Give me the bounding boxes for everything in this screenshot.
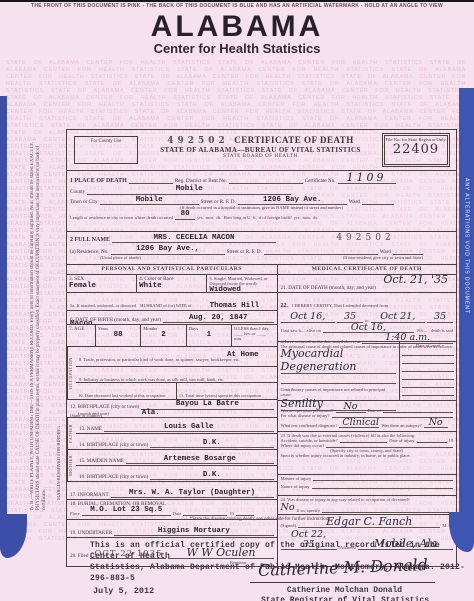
external-causes-block: 23. If death was due to external causes … xyxy=(278,431,456,474)
race-value: White xyxy=(139,282,204,290)
manner-nature-block: Manner of injury Nature of injury xyxy=(278,474,456,495)
age-label: 7. AGE xyxy=(69,326,93,332)
ds-label-2: ds. xyxy=(313,215,318,220)
margin-instructions: N. B.—WRITE PLAINLY, WITH UNFADING INK—T… xyxy=(30,140,56,510)
abode-note: (Usual place of abode) xyxy=(100,255,141,260)
operation-date-label: Date of xyxy=(368,408,381,413)
personal-header: PERSONAL AND STATISTICAL PARTICULARS xyxy=(67,265,277,274)
ds-label: ds. xyxy=(216,215,221,220)
town-label: Town or City xyxy=(70,199,98,205)
industry-row: 9. Industry or business in which work wa… xyxy=(76,366,277,382)
dept-title: Center for Health Statistics xyxy=(0,42,474,56)
serial-stamp-2: 492502 xyxy=(278,233,453,243)
security-notice: THE FRONT OF THIS DOCUMENT IS PINK - THE… xyxy=(0,3,474,9)
burial-place-label: Place xyxy=(70,511,80,516)
dob-value: Aug. 20, 1847 xyxy=(163,315,274,324)
alterations-warning: ANY ALTERATIONS VOID THIS DOCUMENT xyxy=(464,178,470,314)
age-less-label: If LESS than 1 day, ____ hrs. or ____ mi… xyxy=(234,326,274,341)
mother-birthplace-value: D.K. xyxy=(150,472,273,481)
manner-label: Manner of injury xyxy=(281,476,312,481)
form-footnote: *State the disease causing death; see ot… xyxy=(66,517,455,522)
for-what-label: For what disease or injury? xyxy=(281,413,330,418)
right-blue-edge: ANY ALTERATIONS VOID THIS DOCUMENT xyxy=(459,88,474,526)
undertaker-value: Higgins Mortuary xyxy=(114,528,273,537)
form-header: For County Use 492502 CERTIFICATE OF DEA… xyxy=(67,130,456,170)
date-of-death-value: Oct. 21, '35 xyxy=(383,273,448,286)
injury-date-label: Date of injury xyxy=(389,438,414,443)
serial-stamp: 492502 xyxy=(167,136,229,146)
binding-margin-note: MARGIN RESERVED FOR BINDING xyxy=(56,150,64,500)
test-label: What test confirmed diagnosis? xyxy=(281,423,338,428)
full-name-section: 2 FULL NAME MRS. CECELIA MACON 492502 (a… xyxy=(67,231,456,264)
registrar-title: State Registrar of Vital Statistics xyxy=(240,596,450,601)
cause-area: Myocardial Degeneration Contributory cau… xyxy=(278,341,456,400)
mother-name-label: 15. MAIDEN NAME xyxy=(79,458,124,464)
yrs-label-2: yrs. xyxy=(294,215,301,220)
street-value: 1206 Bay Ave. xyxy=(238,197,347,206)
sex-value: Female xyxy=(69,282,134,290)
related-occupation-block: 24. Was disease or injury in any way rel… xyxy=(278,495,456,514)
injury-19: 19 xyxy=(449,438,454,443)
mother-birthplace-label: 16. BIRTHPLACE (city or town) xyxy=(79,474,148,480)
mother-group: MOTHER 15. MAIDEN NAME Artemese Bosarge … xyxy=(67,449,277,481)
mother-name-row: 15. MAIDEN NAME Artemese Bosarge xyxy=(76,450,277,465)
bureau-line: STATE OF ALABAMA—BUREAU OF VITAL STATIST… xyxy=(142,146,379,154)
mos-label: mos. xyxy=(206,215,215,220)
birthplace-state-value: Ala. xyxy=(104,410,198,419)
county-value: Mobile xyxy=(87,186,291,195)
trade-label: 8. Trade, profession, or particular kind… xyxy=(79,357,240,362)
form-title: CERTIFICATE OF DEATH xyxy=(234,135,354,145)
place-of-death-label: 1 PLACE OF DEATH xyxy=(70,178,127,184)
father-name-row: 13. NAME Louis Galle xyxy=(76,418,277,433)
spouse-row: 5a. If married, widowed, or divorced HUS… xyxy=(67,292,277,310)
burial-place-value: M.O. Lot 23 Sq.5 xyxy=(82,507,171,516)
where-injury-label: Where did injury occur? xyxy=(281,443,325,448)
date-of-death-label: 21. DATE OF DEATH (month, day, and year) xyxy=(281,285,376,291)
certified-copy-section: This is an official certified copy of th… xyxy=(0,540,474,584)
father-group: FATHER 13. NAME Louis Galle 14. BIRTHPLA… xyxy=(67,417,277,449)
yrs-label: yrs. xyxy=(197,215,204,220)
dob-row: 6. DATE OF BIRTH (month, day, and year) … xyxy=(67,310,277,324)
residence-value: 1206 Bay Ave., xyxy=(111,246,225,255)
top-edge-bar xyxy=(0,0,474,2)
spouse-label-2: HUSBAND of (or) WIFE of xyxy=(140,303,191,308)
full-name-value: MRS. CECELIA MACON xyxy=(112,235,276,244)
informant-row: 17. INFORMANT Mrs. W. A. Taylor (Daughte… xyxy=(67,481,277,499)
registrar-printed-name: Catherine Molchan Donald xyxy=(252,586,437,595)
signed-label: (Signed) xyxy=(281,523,297,528)
operation-block: Was an operation performed? No Date of F… xyxy=(278,400,456,431)
certificate-no-value: 1109 xyxy=(338,172,396,184)
certified-date: July 5, 2012 xyxy=(93,586,154,596)
autopsy-value: No xyxy=(424,418,448,429)
file-number-box: File No. for State Registrar Only. 22409 xyxy=(384,135,448,165)
father-birthplace-row: 14. BIRTHPLACE (city or town) D.K. xyxy=(76,433,277,449)
trade-value: At Home xyxy=(227,351,259,359)
test-value: Clinical xyxy=(339,418,379,429)
state-title: ALABAMA xyxy=(0,12,474,42)
contributory-label: Contributory causes of importance not re… xyxy=(281,387,396,397)
place-of-death-section: 1 PLACE OF DEATH Reg. District or Beat N… xyxy=(67,170,456,231)
father-birthplace-value: D.K. xyxy=(150,440,273,449)
nature-label: Nature of injury xyxy=(281,484,310,489)
certify-text: I HEREBY CERTIFY, That I attended deceas… xyxy=(292,303,388,308)
hospital-note: (If death occurred in a hospital or inst… xyxy=(70,205,453,210)
age-row: 7. AGE Years 88 Months 2 Days 1 If LESS … xyxy=(67,324,277,346)
attended-from-year: 35 xyxy=(337,312,363,323)
total-time-label: 11. Total time (years) spent in this occ… xyxy=(179,393,261,398)
foreign-birth-label: How long in U. S., if of foreign birth? xyxy=(224,215,292,220)
specify-line: Specify whether injury occurred in indus… xyxy=(281,453,453,458)
residence-length-label: Length of residence in city or town wher… xyxy=(70,215,173,220)
undertaker-label: 19. UNDERTAKER xyxy=(70,530,112,536)
occupation-side-label: OCCUPATION xyxy=(67,347,76,399)
related-value: No xyxy=(281,502,295,513)
mother-name-value: Artemese Bosarge xyxy=(126,456,273,465)
file-number: 22409 xyxy=(385,142,447,157)
certify-number: 22. xyxy=(281,303,289,309)
beat-no-label: Reg. District or Beat No. xyxy=(175,178,227,184)
occupation-group: OCCUPATION 8. Trade, profession, or part… xyxy=(67,346,277,399)
spouse-label: 5a. If married, widowed, or divorced xyxy=(70,303,136,308)
attended-to-year: 35 xyxy=(427,312,453,323)
dob-label: 6. DATE OF BIRTH (month, day, and year) xyxy=(70,317,161,323)
burial-row: 18. BURIAL, CREMATION, OR REMOVAL Place … xyxy=(67,499,277,519)
father-birthplace-label: 14. BIRTHPLACE (city or town) xyxy=(79,442,148,448)
birthplace-row: 12. BIRTHPLACE (city or town) Bayou La B… xyxy=(67,399,277,417)
attended-from: Oct 16, xyxy=(281,312,335,323)
masthead: ALABAMA Center for Health Statistics xyxy=(0,12,474,56)
last-saw-label: I last saw h— alive on xyxy=(281,328,321,333)
age-months-value: 2 xyxy=(143,331,183,339)
trade-row: 8. Trade, profession, or particular kind… xyxy=(76,347,277,366)
mos-label-2: mos. xyxy=(303,215,312,220)
operation-value: No xyxy=(336,402,366,413)
mother-birthplace-row: 16. BIRTHPLACE (city or town) D.K. xyxy=(76,465,277,481)
autopsy-label: Was there an autopsy? xyxy=(381,423,421,428)
principal-cause-value: Myocardial Degeneration xyxy=(281,343,396,374)
if-so-label: If so, specify xyxy=(297,508,320,513)
burial-date-label: Date xyxy=(173,511,182,516)
full-name-label: 2 FULL NAME xyxy=(70,237,110,243)
left-blue-edge xyxy=(0,96,7,524)
certificate-no-label: Certificate No. xyxy=(305,178,336,184)
county-label: County xyxy=(70,189,85,195)
marital-label: 5. Single, Married, Widowed, or Divorced… xyxy=(209,276,274,286)
birthplace-value: Bayou La Batre xyxy=(141,401,273,410)
signature-line xyxy=(250,582,435,583)
attended-to: Oct 21, xyxy=(371,312,425,323)
age-years-value: 88 xyxy=(98,331,138,339)
last-worked-row: 10. Date deceased last worked at this oc… xyxy=(76,382,277,399)
certificate-form: For County Use 492502 CERTIFICATE OF DEA… xyxy=(66,129,457,567)
father-name-label: 13. NAME xyxy=(79,426,102,432)
age-days-value: 1 xyxy=(189,331,229,339)
date-of-onset-box: Date of onset xyxy=(399,342,456,400)
death-certificate-scan: { "edge": { "top_notice": "THE FRONT OF … xyxy=(0,0,474,601)
date-of-death-row: 21. DATE OF DEATH (month, day, and year)… xyxy=(278,274,456,292)
certify-block: 22. I HEREBY CERTIFY, That I attended de… xyxy=(278,292,456,341)
county-use-box: For County Use xyxy=(74,136,138,164)
residence-street-label: Street or R. F. D. xyxy=(227,249,262,255)
nonresident-note: (If non-resident, give city or town and … xyxy=(343,255,423,260)
sex-race-marital-row: 3. SEX Female 4. Color or Race White 5. … xyxy=(67,274,277,292)
ward-label: Ward xyxy=(349,199,360,205)
form-title-block: 492502 CERTIFICATE OF DEATH STATE OF ALA… xyxy=(142,131,379,169)
father-side-label: FATHER xyxy=(67,418,76,449)
father-name-value: Louis Galle xyxy=(104,424,273,433)
board-line: STATE BOARD OF HEALTH xyxy=(142,154,379,159)
residence-length-value: 80 xyxy=(175,211,195,220)
informant-value: Mrs. W. A. Taylor (Daughter) xyxy=(111,490,274,499)
town-value: Mobile xyxy=(100,197,199,206)
burial-19-label: 19 xyxy=(229,511,234,516)
mother-side-label: MOTHER xyxy=(67,450,76,481)
informant-label: 17. INFORMANT xyxy=(70,492,109,498)
